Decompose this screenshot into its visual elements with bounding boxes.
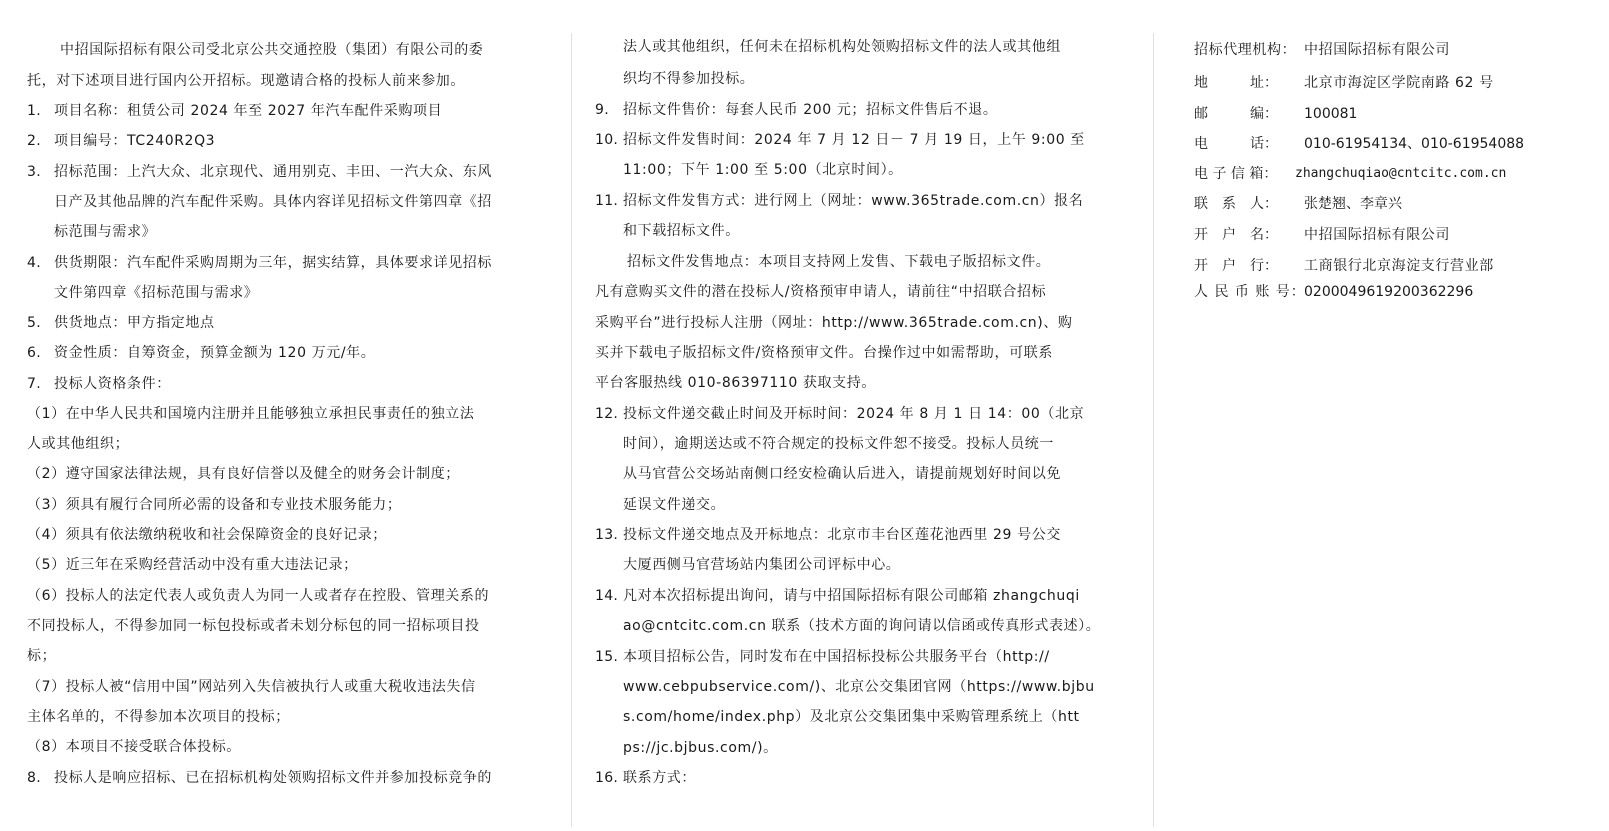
item-text: 标范围与需求》 — [54, 222, 156, 242]
item-number: 11. — [595, 191, 618, 211]
item-number: 6. — [27, 343, 41, 363]
item-text: ps://jc.bjbus.com/)。 — [623, 738, 778, 758]
item-text: 织均不得参加投标。 — [623, 69, 754, 89]
condition-text: 主体名单的，不得参加本次项目的投标； — [27, 707, 290, 727]
item-number: 12. — [595, 404, 618, 424]
item-text: ao@cntcitc.com.cn 联系（技术方面的询问请以信函或传真形式表述）… — [623, 616, 1100, 636]
item-text: 大厦西侧马官营场站内集团公司评标中心。 — [623, 555, 900, 575]
item-text: 投标人是响应招标、已在招标机构处领购招标文件并参加投标竞争的 — [54, 768, 492, 788]
contact-label: 人 民 币 账 号： — [1194, 282, 1306, 302]
item-number: 16. — [595, 768, 618, 788]
item-number: 14. — [595, 586, 618, 606]
item-text: www.cebpubservice.com/)、北京公交集团官网（https:/… — [623, 677, 1095, 697]
item-number: 1. — [27, 101, 41, 121]
sale-location-text: 采购平台”进行投标人注册（网址：http://www.365trade.com.… — [595, 313, 1073, 333]
column-divider-1 — [571, 33, 572, 827]
condition-text: 不同投标人，不得参加同一标包投标或者未划分标包的同一招标项目投 — [27, 616, 480, 636]
contact-value: 工商银行北京海淀支行营业部 — [1304, 256, 1494, 276]
item-text: 供货期限：汽车配件采购周期为三年，据实结算，具体要求详见招标 — [54, 253, 492, 273]
column-divider-2 — [1153, 33, 1154, 827]
item-number: 7. — [27, 374, 41, 394]
item-number: 10. — [595, 130, 618, 150]
contact-label: 邮 编： — [1194, 104, 1278, 124]
item-text: 投标文件递交地点及开标地点：北京市丰台区莲花池西里 29 号公交 — [623, 525, 1061, 545]
item-number: 15. — [595, 647, 618, 667]
item-text: 日产及其他品牌的汽车配件采购。具体内容详见招标文件第四章《招 — [54, 192, 492, 212]
item-text: 凡对本次招标提出询问，请与中招国际招标有限公司邮箱 zhangchuqi — [623, 586, 1080, 606]
item-text: 项目名称：租赁公司 2024 年至 2027 年汽车配件采购项目 — [54, 101, 442, 121]
condition-text: （5）近三年在采购经营活动中没有重大违法记录； — [27, 555, 358, 575]
condition-text: （7）投标人被“信用中国”网站列入失信被执行人或重大税收违法失信 — [27, 677, 476, 697]
item-text: s.com/home/index.php）及北京公交集团集中采购管理系统上（ht… — [623, 707, 1080, 727]
sale-location-text: 凡有意购买文件的潜在投标人/资格预审申请人，请前往“中招联合招标 — [595, 282, 1046, 302]
item-text: 从马官营公交场站南侧口经安检确认后进入，请提前规划好时间以免 — [623, 464, 1061, 484]
contact-label: 地 址： — [1194, 73, 1278, 93]
item-text: 投标文件递交截止时间及开标时间：2024 年 8 月 1 日 14：00（北京 — [623, 404, 1084, 424]
contact-label: 开 户 名： — [1194, 225, 1278, 245]
contact-value: zhangchuqiao@cntcitc.com.cn — [1295, 164, 1506, 184]
contact-value: 010-61954134、010-61954088 — [1304, 134, 1524, 154]
contact-value: 中招国际招标有限公司 — [1304, 225, 1450, 245]
condition-text: （6）投标人的法定代表人或负责人为同一人或者存在控股、管理关系的 — [27, 586, 489, 606]
sale-location-text: 招标文件发售地点：本项目支持网上发售、下载电子版招标文件。 — [627, 252, 1050, 272]
item-text: 延误文件递交。 — [623, 495, 725, 515]
item-text: 联系方式： — [623, 768, 696, 788]
item-text: 招标文件发售时间：2024 年 7 月 12 日－ 7 月 19 日，上午 9:… — [623, 130, 1085, 150]
item-number: 13. — [595, 525, 618, 545]
condition-text: （1）在中华人民共和国境内注册并且能够独立承担民事责任的独立法 — [27, 404, 475, 424]
item-number: 2. — [27, 131, 41, 151]
intro-line: 中招国际招标有限公司受北京公共交通控股（集团）有限公司的委 — [60, 40, 483, 60]
item-text: 招标范围：上汽大众、北京现代、通用别克、丰田、一汽大众、东风 — [54, 162, 492, 182]
condition-text: 标； — [27, 646, 56, 666]
item-number: 3. — [27, 162, 41, 182]
contact-label: 联 系 人： — [1194, 194, 1278, 214]
item-text: 11:00；下午 1:00 至 5:00（北京时间）。 — [623, 160, 903, 180]
contact-value: 0200049619200362296 — [1304, 282, 1473, 302]
condition-text: （3）须具有履行合同所必需的设备和专业技术服务能力； — [27, 495, 402, 515]
sale-location-text: 平台客服热线 010-86397110 获取支持。 — [595, 373, 876, 393]
item-text: 招标文件售价：每套人民币 200 元；招标文件售后不退。 — [623, 100, 997, 120]
contact-label: 电 话： — [1194, 134, 1278, 154]
intro-line: 托，对下述项目进行国内公开招标。现邀请合格的投标人前来参加。 — [27, 71, 465, 91]
item-text: 时间），逾期送达或不符合规定的投标文件恕不接受。投标人员统一 — [623, 434, 1054, 454]
contact-value: 中招国际招标有限公司 — [1304, 40, 1450, 60]
contact-label: 开 户 行： — [1194, 256, 1278, 276]
item-number: 8. — [27, 768, 41, 788]
condition-text: （2）遵守国家法律法规，具有良好信誉以及健全的财务会计制度； — [27, 464, 460, 484]
condition-text: （8）本项目不接受联合体投标。 — [27, 737, 241, 757]
contact-value: 北京市海淀区学院南路 62 号 — [1304, 73, 1494, 93]
item-text: 文件第四章《招标范围与需求》 — [54, 283, 258, 303]
item-text: 项目编号：TC240R2Q3 — [54, 131, 215, 151]
item-text: 法人或其他组织，任何未在招标机构处领购招标文件的法人或其他组 — [623, 37, 1061, 57]
contact-value: 张楚翘、李章兴 — [1304, 194, 1402, 214]
condition-text: 人或其他组织； — [27, 434, 129, 454]
item-number: 9. — [595, 100, 609, 120]
item-text: 资金性质：自筹资金，预算金额为 120 万元/年。 — [54, 343, 375, 363]
item-number: 5. — [27, 313, 41, 333]
item-text: 投标人资格条件： — [54, 374, 171, 394]
item-text: 本项目招标公告，同时发布在中国招标投标公共服务平台（http:// — [623, 647, 1050, 667]
item-number: 4. — [27, 253, 41, 273]
contact-value: 100081 — [1304, 104, 1357, 124]
sale-location-text: 买并下载电子版招标文件/资格预审文件。台操作过中如需帮助，可联系 — [595, 343, 1053, 363]
contact-label: 招标代理机构： — [1194, 40, 1296, 60]
item-text: 供货地点：甲方指定地点 — [54, 313, 215, 333]
condition-text: （4）须具有依法缴纳税收和社会保障资金的良好记录； — [27, 525, 387, 545]
item-text: 招标文件发售方式：进行网上（网址：www.365trade.com.cn）报名 — [623, 191, 1083, 211]
contact-label: 电 子 信 箱： — [1194, 164, 1277, 184]
item-text: 和下载招标文件。 — [623, 221, 740, 241]
